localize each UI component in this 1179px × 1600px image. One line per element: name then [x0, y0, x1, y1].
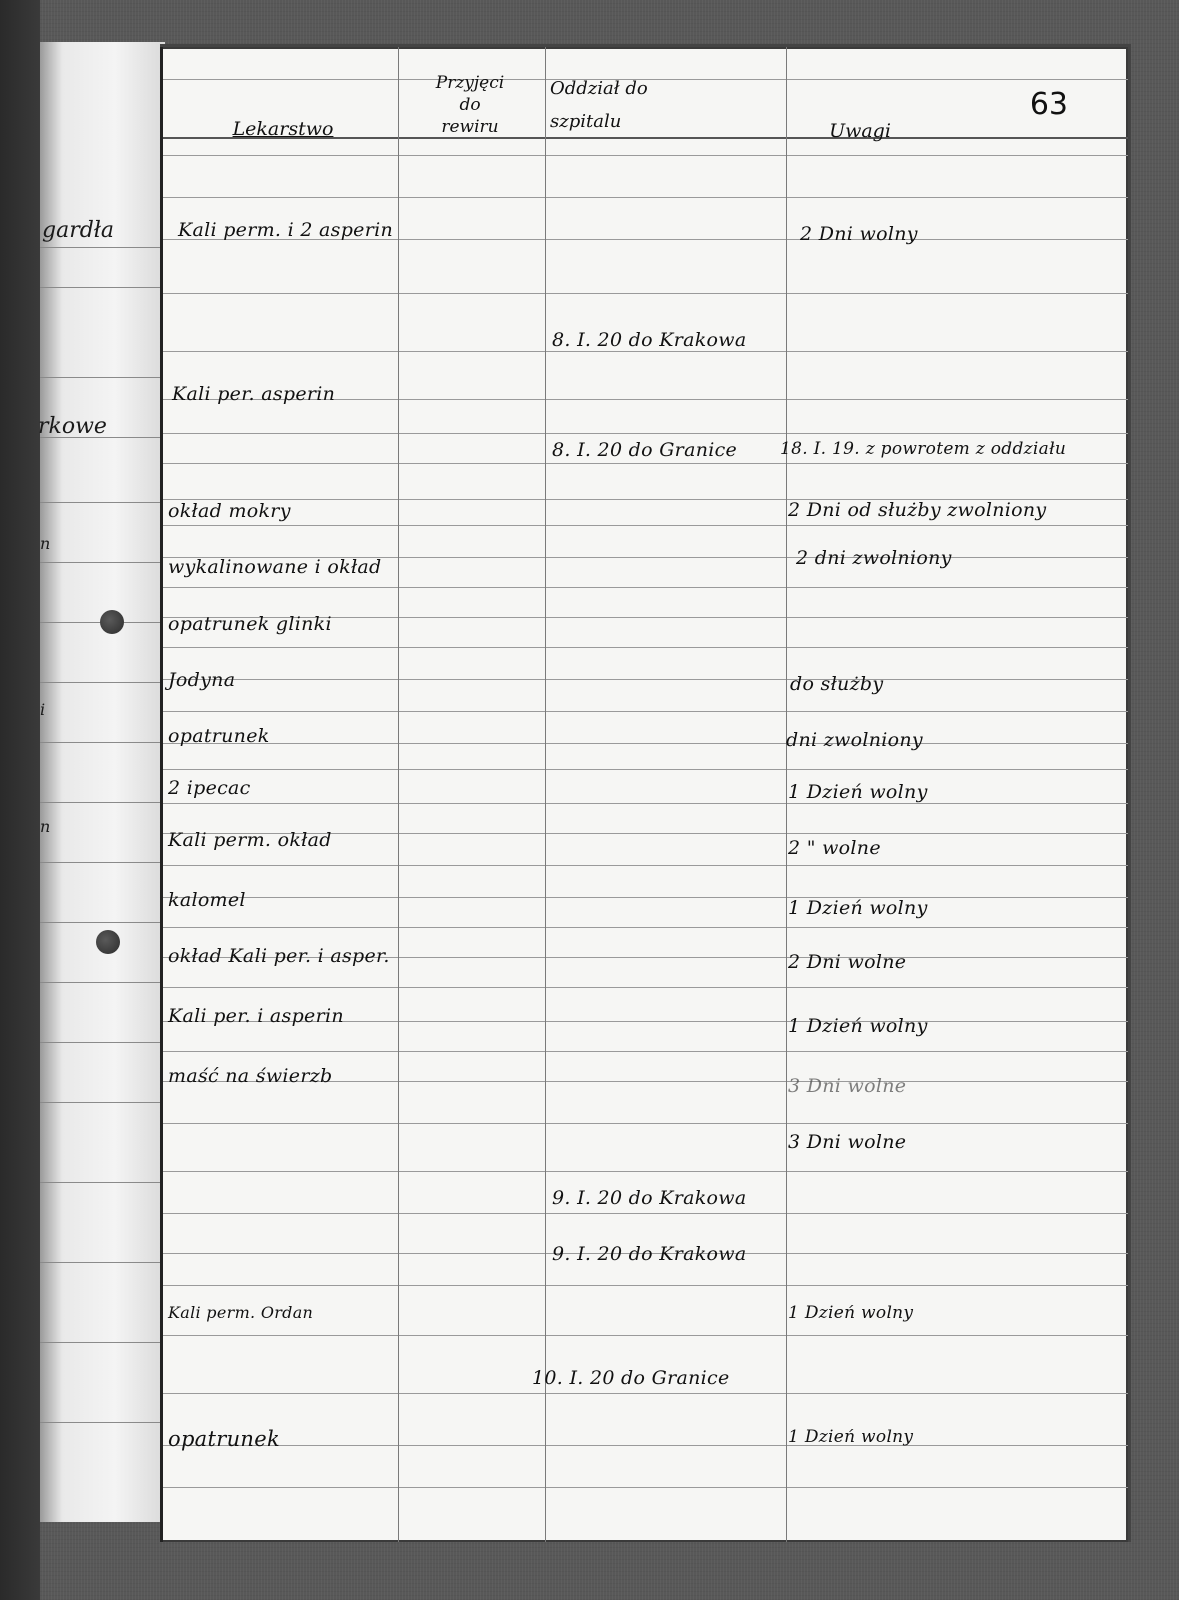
margin-fragment: n	[40, 534, 50, 553]
entry-lekarstwo: maść na świerzb	[168, 1065, 332, 1087]
entry-lekarstwo: Kali perm. okład	[168, 829, 332, 851]
margin-fragment: gardła	[42, 218, 114, 243]
ledger-page: Lekarstwo Przyjęci do rewiru Oddział do …	[160, 44, 1131, 1542]
entry-lekarstwo: opatrunek	[168, 725, 270, 747]
column-header-oddzial: Oddział do szpitalu	[550, 77, 740, 134]
entry-uwagi: do służby	[790, 673, 883, 695]
column-divider	[398, 47, 399, 1542]
entry-lekarstwo: wykalinowane i okład	[168, 556, 382, 578]
entry-uwagi: 2 dni zwolniony	[796, 547, 952, 569]
entry-uwagi: 3 Dni wolne	[788, 1131, 906, 1153]
entry-lekarstwo: Kali per. asperin	[172, 383, 335, 405]
entry-lekarstwo: kalomel	[168, 889, 246, 911]
entry-uwagi: 2 Dni wolny	[800, 223, 918, 245]
entry-oddzial: 8. I. 20 do Granice	[552, 439, 737, 461]
entry-lekarstwo: opatrunek	[168, 1427, 280, 1451]
entry-uwagi: 1 Dzień wolny	[788, 897, 928, 919]
entry-uwagi: dni zwolniony	[786, 729, 923, 751]
entry-oddzial: 10. I. 20 do Granice	[532, 1367, 729, 1389]
entry-oddzial: 9. I. 20 do Krakowa	[552, 1243, 746, 1265]
entry-uwagi: 1 Dzień wolny	[788, 1303, 913, 1323]
entry-uwagi: 3 Dni wolne	[788, 1075, 906, 1097]
punch-hole	[96, 930, 120, 954]
column-divider	[545, 47, 546, 1542]
entry-lekarstwo: okład Kali per. i asper.	[168, 945, 390, 967]
column-divider	[786, 47, 787, 1542]
entry-lekarstwo: Kali perm. i 2 asperin	[178, 219, 393, 241]
margin-fragment: i	[40, 700, 45, 719]
margin-fragment: n	[40, 817, 50, 836]
entry-lekarstwo: opatrunek glinki	[168, 613, 332, 635]
column-header-przyjeci: Przyjęci do rewiru	[400, 72, 540, 138]
margin-fragment: rkowe	[38, 414, 107, 439]
previous-page-strip: gardła rkowe n i n	[40, 42, 165, 1522]
column-header-uwagi: Uwagi	[800, 119, 920, 144]
column-header-lekarstwo: Lekarstwo	[208, 117, 358, 142]
entry-lekarstwo: Jodyna	[168, 669, 235, 691]
entry-uwagi: 2 Dni od służby zwolniony	[788, 499, 1046, 521]
entry-lekarstwo: Kali perm. Ordan	[168, 1303, 313, 1322]
page-number: 63	[1030, 87, 1068, 122]
entry-uwagi: 1 Dzień wolny	[788, 1015, 928, 1037]
page-left-border	[160, 47, 163, 1542]
entry-uwagi: 1 Dzień wolny	[788, 1427, 913, 1447]
entry-lekarstwo: okład mokry	[168, 500, 291, 522]
entry-lekarstwo: Kali per. i asperin	[168, 1005, 344, 1027]
binding-shadow	[0, 0, 40, 1600]
entry-oddzial: 8. I. 20 do Krakowa	[552, 329, 746, 351]
punch-hole	[100, 610, 124, 634]
entry-lekarstwo: 2 ipecac	[168, 777, 251, 799]
entry-uwagi: 2 Dni wolne	[788, 951, 906, 973]
entry-uwagi: 2 " wolne	[788, 837, 881, 859]
entry-uwagi: 1 Dzień wolny	[788, 781, 928, 803]
entry-oddzial: 9. I. 20 do Krakowa	[552, 1187, 746, 1209]
entry-uwagi: 18. I. 19. z powrotem z oddziału	[780, 439, 1066, 459]
